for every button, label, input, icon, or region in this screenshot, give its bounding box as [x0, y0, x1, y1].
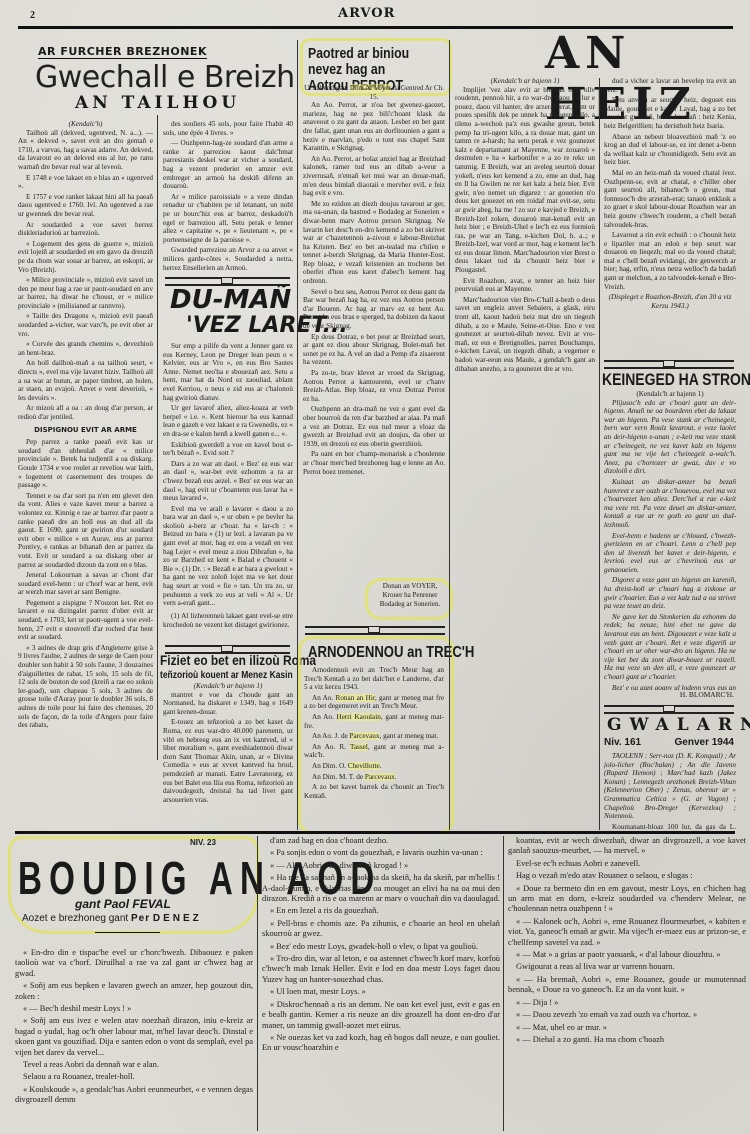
keineged-signature: H. BLOMARC'H. [604, 690, 734, 699]
paragraph: Lavarout a rin evit echuiñ : o c'hounit … [604, 231, 736, 291]
byline-name: Dom Ar Voyer [350, 84, 391, 92]
gwalarn-title: GWALARN [607, 715, 750, 735]
paragraph: — Ouzhpenn-hag-ze soudard d'an arme a ra… [163, 139, 293, 191]
paragraph: « Bez' edo mestr Loys, gwadek-holl o vle… [262, 942, 500, 952]
paragraph: Gwarded parreziou an Arvor a oa anvet « … [163, 246, 293, 270]
perrot-signature: Donan an VOYER, Krouer ha Penrener Bodad… [370, 582, 450, 609]
paragraph: « Diskroc'hennañ a ris an demm. Ne oan k… [262, 1000, 500, 1031]
paragraph: dud a vicher a lavar an bevelep tra evit… [604, 77, 736, 94]
paragraph: koantas, evit ar wech diwezhañ, diwar an… [508, 836, 746, 857]
arnodennou-results: An Ao. Ronan an Hir, gant ar meneg mat f… [304, 694, 444, 781]
duman-body: Sur emp a pilife da vent a Jenner gant e… [163, 342, 293, 610]
paragraph: Kuitaat an diskar-amzer ha bezañ hunvree… [604, 478, 736, 530]
paragraph: Ne gave ket da Stonkerien da ezhomm da r… [604, 613, 736, 682]
paragraph: « Doue ra bermeto din en em gavout, mest… [508, 884, 746, 915]
byline-prefix: Ul lizher digant [304, 84, 348, 92]
paragraph: An Ao. Perrot, ar n'oa bet gwenez-gaozet… [303, 101, 445, 153]
paragraph: « Logement des gens de guerre », mizioù … [18, 240, 153, 274]
paragraph: Me zo ezidon an diezh doujus tavarout ar… [303, 200, 445, 286]
candidate-name: Tassel [350, 743, 368, 751]
footnote-text: (1) Al lizherenneù lakaet gant evel-se e… [163, 612, 293, 629]
author-prefix: gant [75, 897, 100, 911]
paragraph: Gwigourat a reas al liva war ar varrenn … [508, 962, 746, 972]
paragraph: « Tro-dro din, war al leton, e oa astenn… [262, 954, 500, 985]
signature-line: Donan an VOYER, [370, 582, 450, 591]
boudig-translator: Aozet e brezhoneg gant Per DENEZ [22, 913, 202, 924]
result-entry: An Dim. M. T. de Parcevaux. [304, 773, 444, 782]
fiziet-dateline: (Kendalc'h ar bajenn 1) [163, 682, 293, 691]
gwalarn-date: Genver 1944 [675, 737, 735, 748]
paragraph: Digoret a veze gant an higenn an kareniñ… [604, 576, 736, 610]
perrot-body: Ul lizher digant Dom Ar Voyer da Gentred… [303, 84, 445, 574]
paragraph: « Ha me da sailhañ en a-raok ha da skeiñ… [262, 873, 500, 904]
column-rule [157, 115, 158, 760]
perrot-paragraphs: An Ao. Perrot, ar n'oa bet gwenez-gaozet… [303, 101, 445, 476]
fiziet-title: Fiziet eo bet en ilizoù Roma [160, 652, 316, 668]
gwechall-col1b-body: Pep parrez a ranke paeañ evit kas ur sou… [18, 438, 153, 730]
paragraph: Jeneral Lokournan a savas ar c'hont d'ar… [18, 571, 153, 597]
perrot-byline: Ul lizher digant Dom Ar Voyer da Gentred… [303, 84, 445, 101]
paragraph: « — Dija ! » [508, 998, 746, 1008]
heiz-dateline: (Kendalc'h ar bajenn 1) [455, 77, 595, 86]
paragraph: « Koulskoude », a gendalc'has Aobri eeun… [15, 1085, 253, 1106]
paragraph: Selaou a ra Rouanez, trealet-holl. [15, 1072, 253, 1082]
paragraph: Ar soudarded a voe savet herrez diskleri… [18, 221, 153, 238]
paragraph: Eskibioù gwerdell a voe en kavel bout e-… [163, 441, 293, 458]
keineged-dateline: (Kendalc'h ar bajenn 1) [604, 390, 736, 399]
author-name: Paol FEVAL [104, 897, 171, 911]
arnodennou-body: Arnodennoù evit an Trec'h Meur hag an Tr… [304, 666, 444, 826]
signature-line: Bodadeg ar Sonerien. [370, 600, 450, 609]
gwalarn-body: TAOLENN : Serr-noz (D. K. Konqual) ; Ar … [604, 752, 736, 832]
paragraph: « Taille des Dragons », mizioù evit paea… [18, 312, 153, 338]
result-entry: An Ao. R. Tassel, gant ar meneg mat a-wa… [304, 743, 444, 760]
paragraph: Pegement a zispigne ? N'ouzon ket. Ret e… [18, 599, 153, 642]
section-divider [15, 831, 735, 834]
paragraph: « — Ha bremañ, Aobri », eme Rouanez, gou… [508, 975, 746, 996]
ornament-rule [604, 705, 734, 714]
paragraph: E 1748 e voe lakaet en e blas an « ugent… [18, 174, 153, 191]
gwechall-subhead: DISPIGNOU EVIT AR ARME [18, 426, 153, 435]
paragraph: Ur ger lavarof aliez, aliez-koaza ar ver… [163, 404, 293, 438]
gwechall-title: Gwechall e Breizh [35, 60, 295, 95]
result-entry: An Ao. Herri Kaoulain, gant ar meneg mat… [304, 713, 444, 730]
paragraph: E-touez an teñzorioù a zo bet kaset da R… [163, 718, 293, 804]
result-entry: An Dim. O. Chevillotte. [304, 762, 444, 771]
paragraph: « — Bec'h deshil mestr Loys ! » [15, 1004, 253, 1014]
keineged-body: (Kendalc'h ar bajenn 1) Plijusoc'h edo a… [604, 390, 736, 690]
duman-paragraphs: Sur emp a pilife da vent a Jenner gant e… [163, 342, 293, 610]
paragraph: « Pa sonjis edon o vont da gouezhañ, e l… [262, 848, 500, 858]
gwechall-dateline: (Kendalc'h) [18, 120, 153, 129]
gwalarn-contents: TAOLENN : Serr-noz (D. K. Konqual) ; Ar … [604, 752, 736, 821]
paragraph: Tennet e oa d'ar sort pa n'en em glevet … [18, 492, 153, 569]
paragraph: Pa oant en hor c'hamp-monarisk a c'houle… [303, 450, 445, 476]
heiz-column-2: dud a vicher a lavar an bevelep tra evit… [604, 77, 736, 357]
paragraph: Plijusoc'h edo ar c'hoari gant an deir-h… [604, 399, 736, 476]
column-rule [449, 40, 450, 830]
paragraph: « — Daou zevezh 'zo emañ va zad ouzh va … [508, 1010, 746, 1020]
heiz-col2-body: dud a vicher a lavar an bevelep tra evit… [604, 77, 736, 291]
paragraph: « — Alo, Aobri ! un diwezhañ krogad ! » [262, 861, 500, 871]
paragraph: E 1757 e voe ranket lakaat hini all ha p… [18, 193, 153, 219]
paragraph: « 3 aulnes de drap gris d'Angleterre gri… [18, 644, 153, 730]
candidate-name: Herri Kaoulain [337, 713, 381, 721]
paragraph: Mal eo an heiz-mañ da voued chatal ivez.… [604, 169, 736, 229]
candidate-name: Chevillotte [348, 762, 380, 770]
gwechall-column-2: des souliers 45 sols, pour faire l'habit… [163, 120, 293, 270]
paragraph: « — Mat, uhel eo ar mur. » [508, 1023, 746, 1033]
paragraph: « En em lezel a ris da gouezhañ. [262, 906, 500, 916]
keineged-paragraphs: Plijusoc'h edo ar c'hoari gant an deir-h… [604, 399, 736, 690]
paragraph: « En-dro din e tispac'he evel ur c'horc'… [15, 948, 253, 979]
gwalarn-issue-row: Niv. 161 Genver 1944 [604, 737, 734, 748]
ornament-rule [604, 360, 734, 369]
paragraph: Pa zo-te, brav klevet ar vroed da Skrign… [303, 369, 445, 403]
paragraph: « Ne ouezas ket va zad kozh, hag eñ bogo… [262, 1033, 500, 1054]
paragraph: Sur emp a pilife da vent a Jenner gant e… [163, 342, 293, 402]
paragraph: Evel-se ec'h echuas Aobri e zanevell. [508, 859, 746, 869]
candidate-name: Ronan an Hir [336, 694, 375, 702]
paragraph: Ar mizoù all a oa : an doug d'ar person,… [18, 404, 153, 421]
boudig-col2-body: d'am zad hag en doa c'hoant dezho.« Pa s… [262, 836, 500, 1054]
newspaper-page: 2 ARVOR AR FURCHER BREZHONEK Gwechall e … [0, 0, 750, 1134]
page-number: 2 [30, 10, 35, 21]
paragraph: « Soñj am eus bepken e lavaren gwech an … [15, 981, 253, 1002]
translator-last: DENEZ [153, 913, 202, 924]
paragraph: « Soñj am eus ivez e welen atav noezhañ … [15, 1016, 253, 1058]
paragraph: des souliers 45 sols, pour faire l'habit… [163, 120, 293, 137]
paragraph: Sevel o bez seu, Aotrou Perrot ez deus g… [303, 288, 445, 331]
boudig-col3-body: koantas, evit ar wech diwezhañ, diwar an… [508, 836, 746, 1045]
paragraph: Evit Roazhon, avat, e tenner an heiz bie… [455, 277, 595, 294]
boudig-column-2: d'am zad hag en doa c'hoant dezho.« Pa s… [262, 836, 500, 1128]
result-entry: An Ao. Ronan an Hir, gant ar meneg mat f… [304, 694, 444, 711]
signature-line: Krouer ha Penrener [370, 591, 450, 600]
paragraph: « Pell-bras e chomis aze. Pa zihunis, e … [262, 919, 500, 940]
paragraph: Implijet 'vez alav evit ar bier an heiz … [455, 86, 595, 275]
arnodennou-intro: Arnodennoù evit an Trec'h Meur hag an Tr… [304, 666, 444, 692]
boudig-column-3: koantas, evit ar wech diwezhañ, diwar an… [508, 836, 746, 1128]
column-rule [503, 836, 504, 1131]
heiz-col1-body: Implijet 'vez alav evit ar bier an heiz … [455, 86, 595, 374]
gwalarn-issue: Niv. 161 [604, 737, 641, 748]
paragraph: Ep deus Dotraz, e bet peur ar Breizhad s… [303, 333, 445, 367]
candidate-name: Parcevaux [365, 773, 395, 781]
gwechall-col2-body: des souliers 45 sols, pour faire l'habit… [163, 120, 293, 270]
paragraph: Ouzhpenn an dra-mañ ne vez e gant evel d… [303, 405, 445, 448]
translator-first: Per [131, 913, 150, 924]
paragraph: Abaoe an nebeut bloavezhioù mañ 'z eo kr… [604, 133, 736, 167]
fiziet-paragraphs: mantret e voe da c'houde gant an Normane… [163, 691, 293, 805]
paragraph: « Milice provinciale », mizioù evit save… [18, 276, 153, 310]
arnodennou-closing: A zo bet kavet barrek da c'hounit an Tre… [304, 783, 444, 800]
paragraph: « — Kalonek oc'h, Aobri », eme Rouanez f… [508, 917, 746, 948]
duman-footnote: (1) Al lizherenneù lakaet gant evel-se e… [163, 612, 293, 642]
paragraph: mantret e voe da c'houde gant an Normane… [163, 691, 293, 717]
boudig-col1-body: « En-dro din e tispac'he evel ur c'horc'… [15, 948, 253, 1106]
paragraph: An holl dailhoù-mañ a oa tailhoù seurt, … [18, 359, 153, 402]
paragraph: Tailhoù all (dekved, ugentved, N. a...).… [18, 129, 153, 172]
paragraph: Pep parrez a ranke paeañ evit kas ur sou… [18, 438, 153, 490]
paragraph: Evel ma ve arall e lavarer « daou a zo b… [163, 505, 293, 608]
paragraph: Tevel a reas Aobri da dennañ war e alan. [15, 1060, 253, 1070]
paragraph: « — Diehal a zo ganti. Ha ma chom c'hoaz… [508, 1035, 746, 1045]
gwechall-subtitle: AN TAILHOU [75, 93, 240, 113]
gwechall-column-1: (Kendalc'h) Tailhoù all (dekved, ugentve… [18, 120, 153, 760]
section-kicker: AR FURCHER BREZHONEK [38, 45, 207, 59]
paragraph: Marc'hadourion vier Bro-C'hall a-bezh o … [455, 296, 595, 373]
heiz-column-1: (Kendalc'h ar bajenn 1) Implijet 'vez al… [455, 77, 595, 830]
paragraph: d'am zad hag en doa c'hoant dezho. [262, 836, 500, 846]
translator-prefix: Aozet e brezhoneg gant [22, 913, 128, 924]
masthead-title: ARVOR [338, 6, 395, 21]
column-rule [257, 836, 258, 1131]
paragraph: « Ul loen mat, mestr Loys. » [262, 987, 500, 997]
fiziet-subtitle: teñzorioù kouent ar Menez Kasin [160, 670, 293, 681]
boudig-issue: NIV. 23 [190, 838, 216, 847]
paragraph: Evel-henn e hadenn ur c'hloued, c'hwezh-… [604, 532, 736, 575]
result-entry: An Ao. J. de Parcevaux, gant ar meneg ma… [304, 732, 444, 741]
paragraph: Setu anvioù ar seurtoù heiz, deguset eus… [604, 96, 736, 130]
candidate-name: Parcevaux [350, 732, 380, 740]
paragraph: Dars a zo war an daol. « Bez' ez eus war… [163, 460, 293, 503]
heiz-source: (Displeget e Roazhon-Breizh, d'an 30 a v… [604, 293, 736, 310]
boudig-author: gant Paol FEVAL [75, 897, 171, 911]
ornament-rule [305, 626, 445, 635]
gwechall-col1-body: Tailhoù all (dekved, ugentved, N. a...).… [18, 129, 153, 422]
keineged-title: KEINEGED HA STRONK [602, 370, 750, 390]
boudig-column-1: « En-dro din e tispac'he evel ur c'horc'… [15, 948, 253, 1128]
paragraph: An Ao. Perrot, ar bolaz anziel hag ar Br… [303, 155, 445, 198]
paragraph: « — Mat » a grias ar paotr yaouank, « d'… [508, 950, 746, 960]
paragraph: Ar « milice paroissiale » a veze dindan … [163, 193, 293, 245]
paragraph: « Corvée des grands chemins », devezhioù… [18, 340, 153, 357]
column-rule [599, 78, 600, 830]
fiziet-body: (Kendalc'h ar bajenn 1) mantret e voe da… [163, 682, 293, 842]
paragraph: Hag o vezañ m'edo atav Rouanez o selaou,… [508, 871, 746, 881]
title-underline [95, 932, 160, 933]
